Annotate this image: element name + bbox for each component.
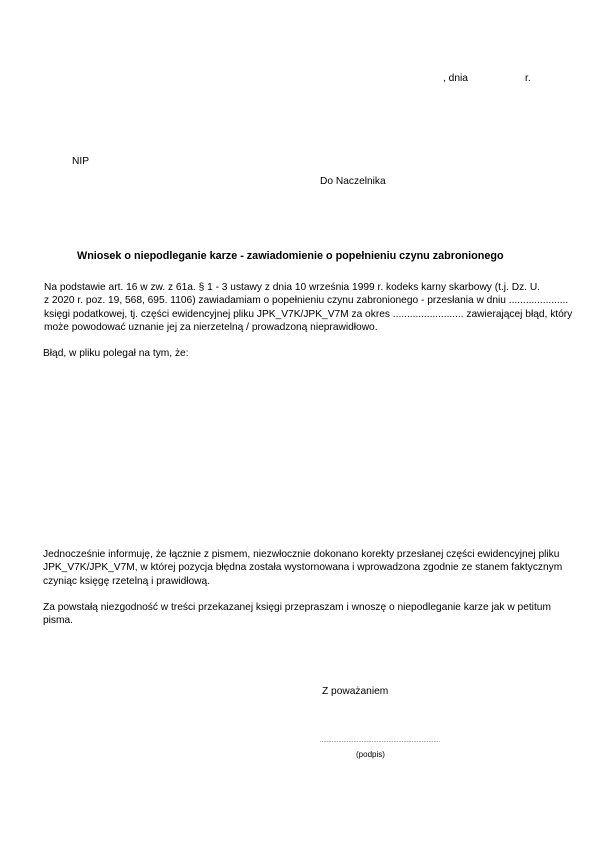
paragraph-correction: Jednocześnie informuję, że łącznie z pis… xyxy=(43,548,571,588)
closing-salutation: Z poważaniem xyxy=(322,686,388,697)
paragraph-line: księgi podatkowej, tj. części ewidencyjn… xyxy=(43,308,571,321)
date-line: , dnia r. xyxy=(443,73,468,84)
paragraph-line: może powodować uznanie jej za nierzeteln… xyxy=(43,321,571,334)
paragraph-line: pisma. xyxy=(43,614,571,627)
paragraph-line: czyniąc księgę rzetelną i prawidłową. xyxy=(43,575,571,588)
paragraph-apology: Za powstałą niezgodność w treści przekaz… xyxy=(43,601,571,628)
paragraph-line: Za powstałą niezgodność w treści przekaz… xyxy=(43,601,571,614)
signature-label: (podpis) xyxy=(356,750,385,759)
error-description-intro: Błąd, w pliku polegał na tym, że: xyxy=(43,348,189,359)
recipient: Do Naczelnika xyxy=(320,176,386,187)
paragraph-notification: Na podstawie art. 16 w zw. z 61a. § 1 - … xyxy=(43,281,571,334)
date-prefix: , dnia xyxy=(443,73,468,84)
paragraph-line: JPK_V7K/JPK_V7M, w której pozycja błędna… xyxy=(43,561,571,574)
paragraph-line: Na podstawie art. 16 w zw. z 61a. § 1 - … xyxy=(43,281,571,294)
paragraph-line: z 2020 r. poz. 19, 568, 695. 1106) zawia… xyxy=(43,294,571,307)
signature-line: ........................................… xyxy=(320,738,440,744)
nip-label: NIP xyxy=(72,156,89,167)
paragraph-line: Jednocześnie informuję, że łącznie z pis… xyxy=(43,548,571,561)
date-suffix: r. xyxy=(525,73,531,84)
document-title: Wniosek o niepodleganie karze - zawiadom… xyxy=(77,250,504,262)
